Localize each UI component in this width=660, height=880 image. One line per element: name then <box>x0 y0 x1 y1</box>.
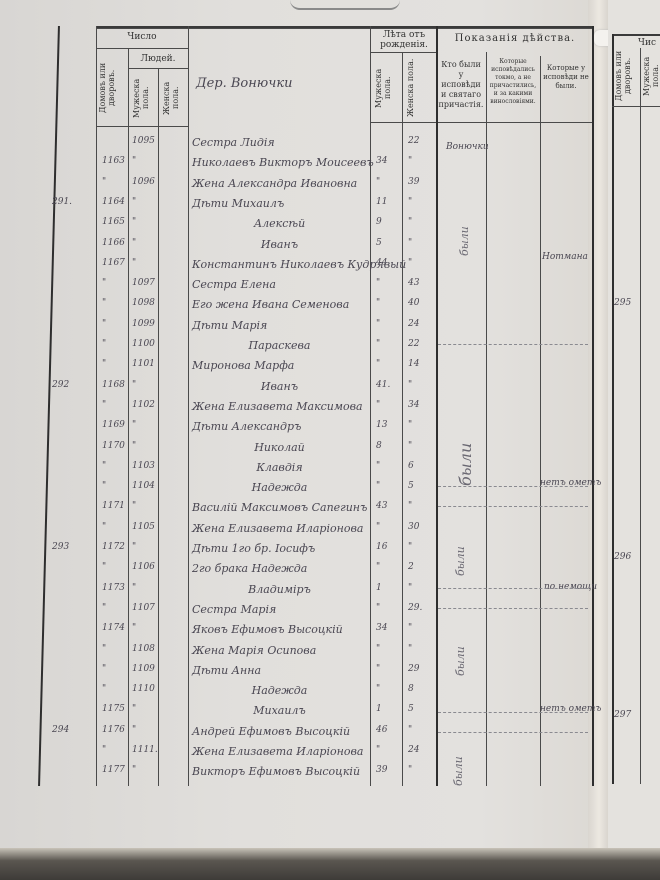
person-name: Сестра Елена <box>192 278 367 291</box>
male-number: 1172 <box>102 542 125 552</box>
male-number: " <box>102 664 106 674</box>
age-female: 24 <box>408 319 419 329</box>
age-female: 29 <box>408 664 419 674</box>
age-male: 1 <box>376 704 382 714</box>
household-number: 291. <box>52 197 72 207</box>
female-number: " <box>132 258 136 268</box>
desk-surface <box>0 848 660 880</box>
count-header-divider <box>96 48 188 49</box>
confessed-mark: были <box>458 196 471 256</box>
male-number: 1169 <box>102 420 125 430</box>
age-male: 16 <box>376 542 387 552</box>
header-people: Людей. <box>130 54 186 64</box>
header-confessed-only: Которые исповѣдались токмо, а не причаст… <box>488 58 538 106</box>
female-number: " <box>132 542 136 552</box>
household-number: 293 <box>52 542 69 552</box>
person-name: Клавдія <box>192 461 367 474</box>
male-number: " <box>102 684 106 694</box>
person-name: Миронова Марфа <box>192 359 367 372</box>
male-number: " <box>102 319 106 329</box>
person-name: 2го брака Надежда <box>192 562 367 575</box>
male-number: 1166 <box>102 238 125 248</box>
age-male: " <box>376 603 380 613</box>
age-female: " <box>408 380 412 390</box>
header-confessed: Кто были у исповѣди и святаго причастія. <box>438 60 484 110</box>
age-female: " <box>408 501 412 511</box>
table-top-border-inner <box>96 28 594 29</box>
female-number: 1100 <box>132 339 155 349</box>
person-name: Дѣти Александръ <box>192 420 367 433</box>
age-female: " <box>408 623 412 633</box>
age-male: 8 <box>376 441 382 451</box>
age-female: 29. <box>408 603 422 613</box>
age-male: " <box>376 359 380 369</box>
person-name: Николаевъ Викторъ Моисеевъ <box>192 156 367 169</box>
female-number: " <box>132 725 136 735</box>
female-number: 1101 <box>132 359 155 369</box>
female-number: " <box>132 197 136 207</box>
age-female: " <box>408 583 412 593</box>
header-age: Лѣта отъ рожденія. <box>372 30 436 50</box>
age-male: " <box>376 644 380 654</box>
age-male: 1 <box>376 583 382 593</box>
bracket-note: Вонючки <box>446 142 489 152</box>
col-divider-female <box>158 68 159 786</box>
age-female: 14 <box>408 359 419 369</box>
age-male: " <box>376 522 380 532</box>
age-male: 34 <box>376 156 387 166</box>
age-female: " <box>408 644 412 654</box>
age-male: 5 <box>376 238 382 248</box>
right-table-top <box>612 34 660 36</box>
age-female: 24 <box>408 745 419 755</box>
age-male: " <box>376 177 380 187</box>
age-female: 30 <box>408 522 419 532</box>
age-male: 39 <box>376 765 387 775</box>
male-number: 1177 <box>102 765 125 775</box>
header-age-male: Мужеска пола. <box>374 56 400 120</box>
age-female: 43 <box>408 278 419 288</box>
age-male: " <box>376 319 380 329</box>
right-household-number: 297 <box>614 710 631 720</box>
not-confessed-note: по немощи <box>544 582 597 592</box>
household-number: 294 <box>52 725 69 735</box>
village-heading: Дер. Вонючки <box>196 76 292 91</box>
person-name: Жена Марія Осипова <box>192 644 367 657</box>
age-female: " <box>408 197 412 207</box>
age-female: 22 <box>408 136 419 146</box>
person-name: Дѣти 1го бр. Іосифъ <box>192 542 367 555</box>
male-number: 1174 <box>102 623 125 633</box>
person-name: Его жена Ивана Семенова <box>192 298 367 311</box>
female-number: 1103 <box>132 461 155 471</box>
right-page-table: Чис Домовъ или дворовъ. Мужеска пола. 29… <box>612 28 660 788</box>
female-number: 1110 <box>132 684 155 694</box>
col-divider-age-female <box>402 52 403 786</box>
age-female: " <box>408 217 412 227</box>
female-number: 1095 <box>132 136 155 146</box>
person-name: Иванъ <box>192 380 367 393</box>
male-number: 1175 <box>102 704 125 714</box>
register-table: Число Людей. Домовъ или дворовъ. Мужеска… <box>46 26 594 786</box>
person-name: Дѣти Михаилъ <box>192 197 367 210</box>
female-number: 1107 <box>132 603 155 613</box>
female-number: " <box>132 420 136 430</box>
female-number: 1096 <box>132 177 155 187</box>
female-number: " <box>132 704 136 714</box>
male-number: " <box>102 522 106 532</box>
section-divider <box>438 506 588 507</box>
male-number: 1173 <box>102 583 125 593</box>
right-household-number: 296 <box>614 552 631 562</box>
age-male: 44 <box>376 258 387 268</box>
age-male: 43 <box>376 501 387 511</box>
age-female: 2 <box>408 562 414 572</box>
person-name: Викторъ Ефимовъ Высоцкій <box>192 765 367 778</box>
age-female: 39 <box>408 177 419 187</box>
male-number: " <box>102 562 106 572</box>
header-count: Число <box>98 32 186 42</box>
confessed-mark: были <box>452 736 465 786</box>
age-female: 22 <box>408 339 419 349</box>
male-number: 1176 <box>102 725 125 735</box>
person-name: Жена Елизавета Иларіонова <box>192 745 367 758</box>
male-number: " <box>102 177 106 187</box>
header-male: Мужеска пола. <box>132 72 156 124</box>
male-number: " <box>102 644 106 654</box>
age-male: 41. <box>376 380 390 390</box>
male-number: " <box>102 278 106 288</box>
age-male: 34 <box>376 623 387 633</box>
right-header-bottom <box>612 106 660 107</box>
household-number: 292 <box>52 380 69 390</box>
right-col-divider <box>640 48 641 784</box>
female-number: 1111. <box>132 745 158 755</box>
person-name: Иванъ <box>192 238 367 251</box>
male-number: 1171 <box>102 501 125 511</box>
age-female: " <box>408 765 412 775</box>
col-divider-male <box>128 48 129 786</box>
female-number: 1108 <box>132 644 155 654</box>
emblem-stamp <box>290 0 400 10</box>
person-name: Владиміръ <box>192 583 367 596</box>
male-number: " <box>102 359 106 369</box>
male-number: 1170 <box>102 441 125 451</box>
male-number: 1167 <box>102 258 125 268</box>
female-number: " <box>132 217 136 227</box>
age-female: " <box>408 542 412 552</box>
person-name: Параскева <box>192 339 367 352</box>
age-male: 13 <box>376 420 387 430</box>
confessed-mark: были <box>454 606 467 676</box>
person-name: Жена Елизавета Иларіонова <box>192 522 367 535</box>
male-number: 1168 <box>102 380 125 390</box>
female-number: " <box>132 583 136 593</box>
person-name: Жена Александра Ивановна <box>192 177 367 190</box>
female-number: 1102 <box>132 400 155 410</box>
age-male: " <box>376 298 380 308</box>
female-number: 1109 <box>132 664 155 674</box>
female-number: " <box>132 623 136 633</box>
person-name: Яковъ Ефимовъ Высоцкій <box>192 623 367 636</box>
person-name: Надежда <box>192 684 367 697</box>
age-male: 46 <box>376 725 387 735</box>
person-name: Василій Максимовъ Сапегинъ <box>192 501 367 514</box>
age-male: 9 <box>376 217 382 227</box>
section-divider <box>438 344 588 345</box>
age-header-divider <box>370 52 438 53</box>
male-number: 1163 <box>102 156 125 166</box>
female-number: 1106 <box>132 562 155 572</box>
age-female: 5 <box>408 704 414 714</box>
male-number: " <box>102 400 106 410</box>
female-number: " <box>132 238 136 248</box>
age-female: 40 <box>408 298 419 308</box>
age-male: " <box>376 461 380 471</box>
female-number: " <box>132 380 136 390</box>
male-number: 1164 <box>102 197 125 207</box>
not-confessed-note: Нотмана <box>542 252 588 262</box>
male-number: " <box>102 603 106 613</box>
age-female: " <box>408 441 412 451</box>
person-name: Надежда <box>192 481 367 494</box>
header-households: Домовъ или дворовъ. <box>98 52 126 124</box>
female-number: 1099 <box>132 319 155 329</box>
age-female: " <box>408 725 412 735</box>
age-male: " <box>376 339 380 349</box>
right-header-households: Домовъ или дворовъ. <box>614 50 638 102</box>
section-divider <box>438 732 588 733</box>
age-female: 8 <box>408 684 414 694</box>
female-number: 1098 <box>132 298 155 308</box>
female-number: " <box>132 765 136 775</box>
col-divider-name <box>188 26 189 786</box>
header-age-female: Женска пола. <box>406 56 432 120</box>
person-name: Николай <box>192 441 367 454</box>
person-name: Дѣти Анна <box>192 664 367 677</box>
header-not-confessed: Которые у исповѣди не были. <box>542 64 590 91</box>
female-number: 1097 <box>132 278 155 288</box>
age-female: 34 <box>408 400 419 410</box>
person-name: Сестра Лидія <box>192 136 367 149</box>
age-male: 11 <box>376 197 387 207</box>
age-male: " <box>376 400 380 410</box>
section-divider <box>438 486 588 487</box>
female-number: " <box>132 441 136 451</box>
age-male: " <box>376 745 380 755</box>
header-female: Женска пола. <box>162 72 186 124</box>
age-female: " <box>408 258 412 268</box>
age-female: 5 <box>408 481 414 491</box>
person-name: Дѣти Марія <box>192 319 367 332</box>
male-number: " <box>102 298 106 308</box>
age-male: " <box>376 684 380 694</box>
male-number: " <box>102 339 106 349</box>
section-divider <box>438 712 588 713</box>
section-divider <box>438 588 588 589</box>
header-testimony: Показанія дѣйства. <box>440 34 590 44</box>
person-name: Сестра Марія <box>192 603 367 616</box>
right-border-line <box>592 26 594 786</box>
right-header-count: Чис <box>634 38 660 48</box>
age-male: " <box>376 278 380 288</box>
female-number: " <box>132 501 136 511</box>
confessed-mark: были <box>454 516 467 576</box>
person-name: Андрей Ефимовъ Высоцкій <box>192 725 367 738</box>
header-bottom-right <box>370 122 594 123</box>
male-number: " <box>102 745 106 755</box>
person-name: Константинъ Николаевъ Кудрявый <box>192 258 367 271</box>
age-female: " <box>408 238 412 248</box>
age-female: " <box>408 420 412 430</box>
right-header-male: Мужеска пола. <box>642 50 660 102</box>
age-male: " <box>376 481 380 491</box>
age-male: " <box>376 562 380 572</box>
age-female: 6 <box>408 461 414 471</box>
male-number: " <box>102 481 106 491</box>
person-name: Жена Елизавета Максимова <box>192 400 367 413</box>
person-name: Михаилъ <box>192 704 367 717</box>
female-number: 1105 <box>132 522 155 532</box>
male-number: " <box>102 461 106 471</box>
right-household-number: 295 <box>614 298 631 308</box>
female-number: 1104 <box>132 481 155 491</box>
age-female: " <box>408 156 412 166</box>
col-divider-confessed <box>486 52 487 786</box>
person-name: Алексѣй <box>192 217 367 230</box>
section-divider <box>438 608 588 609</box>
header-bottom-left <box>96 126 188 127</box>
confessed-mark: были <box>456 376 475 486</box>
col-divider-age <box>370 26 371 786</box>
male-number: 1165 <box>102 217 125 227</box>
col-divider-house <box>96 26 97 786</box>
col-divider-confessed-only <box>540 56 541 786</box>
col-divider-testimony <box>436 26 438 786</box>
female-number: " <box>132 156 136 166</box>
right-left-border <box>612 34 614 784</box>
age-male: " <box>376 664 380 674</box>
